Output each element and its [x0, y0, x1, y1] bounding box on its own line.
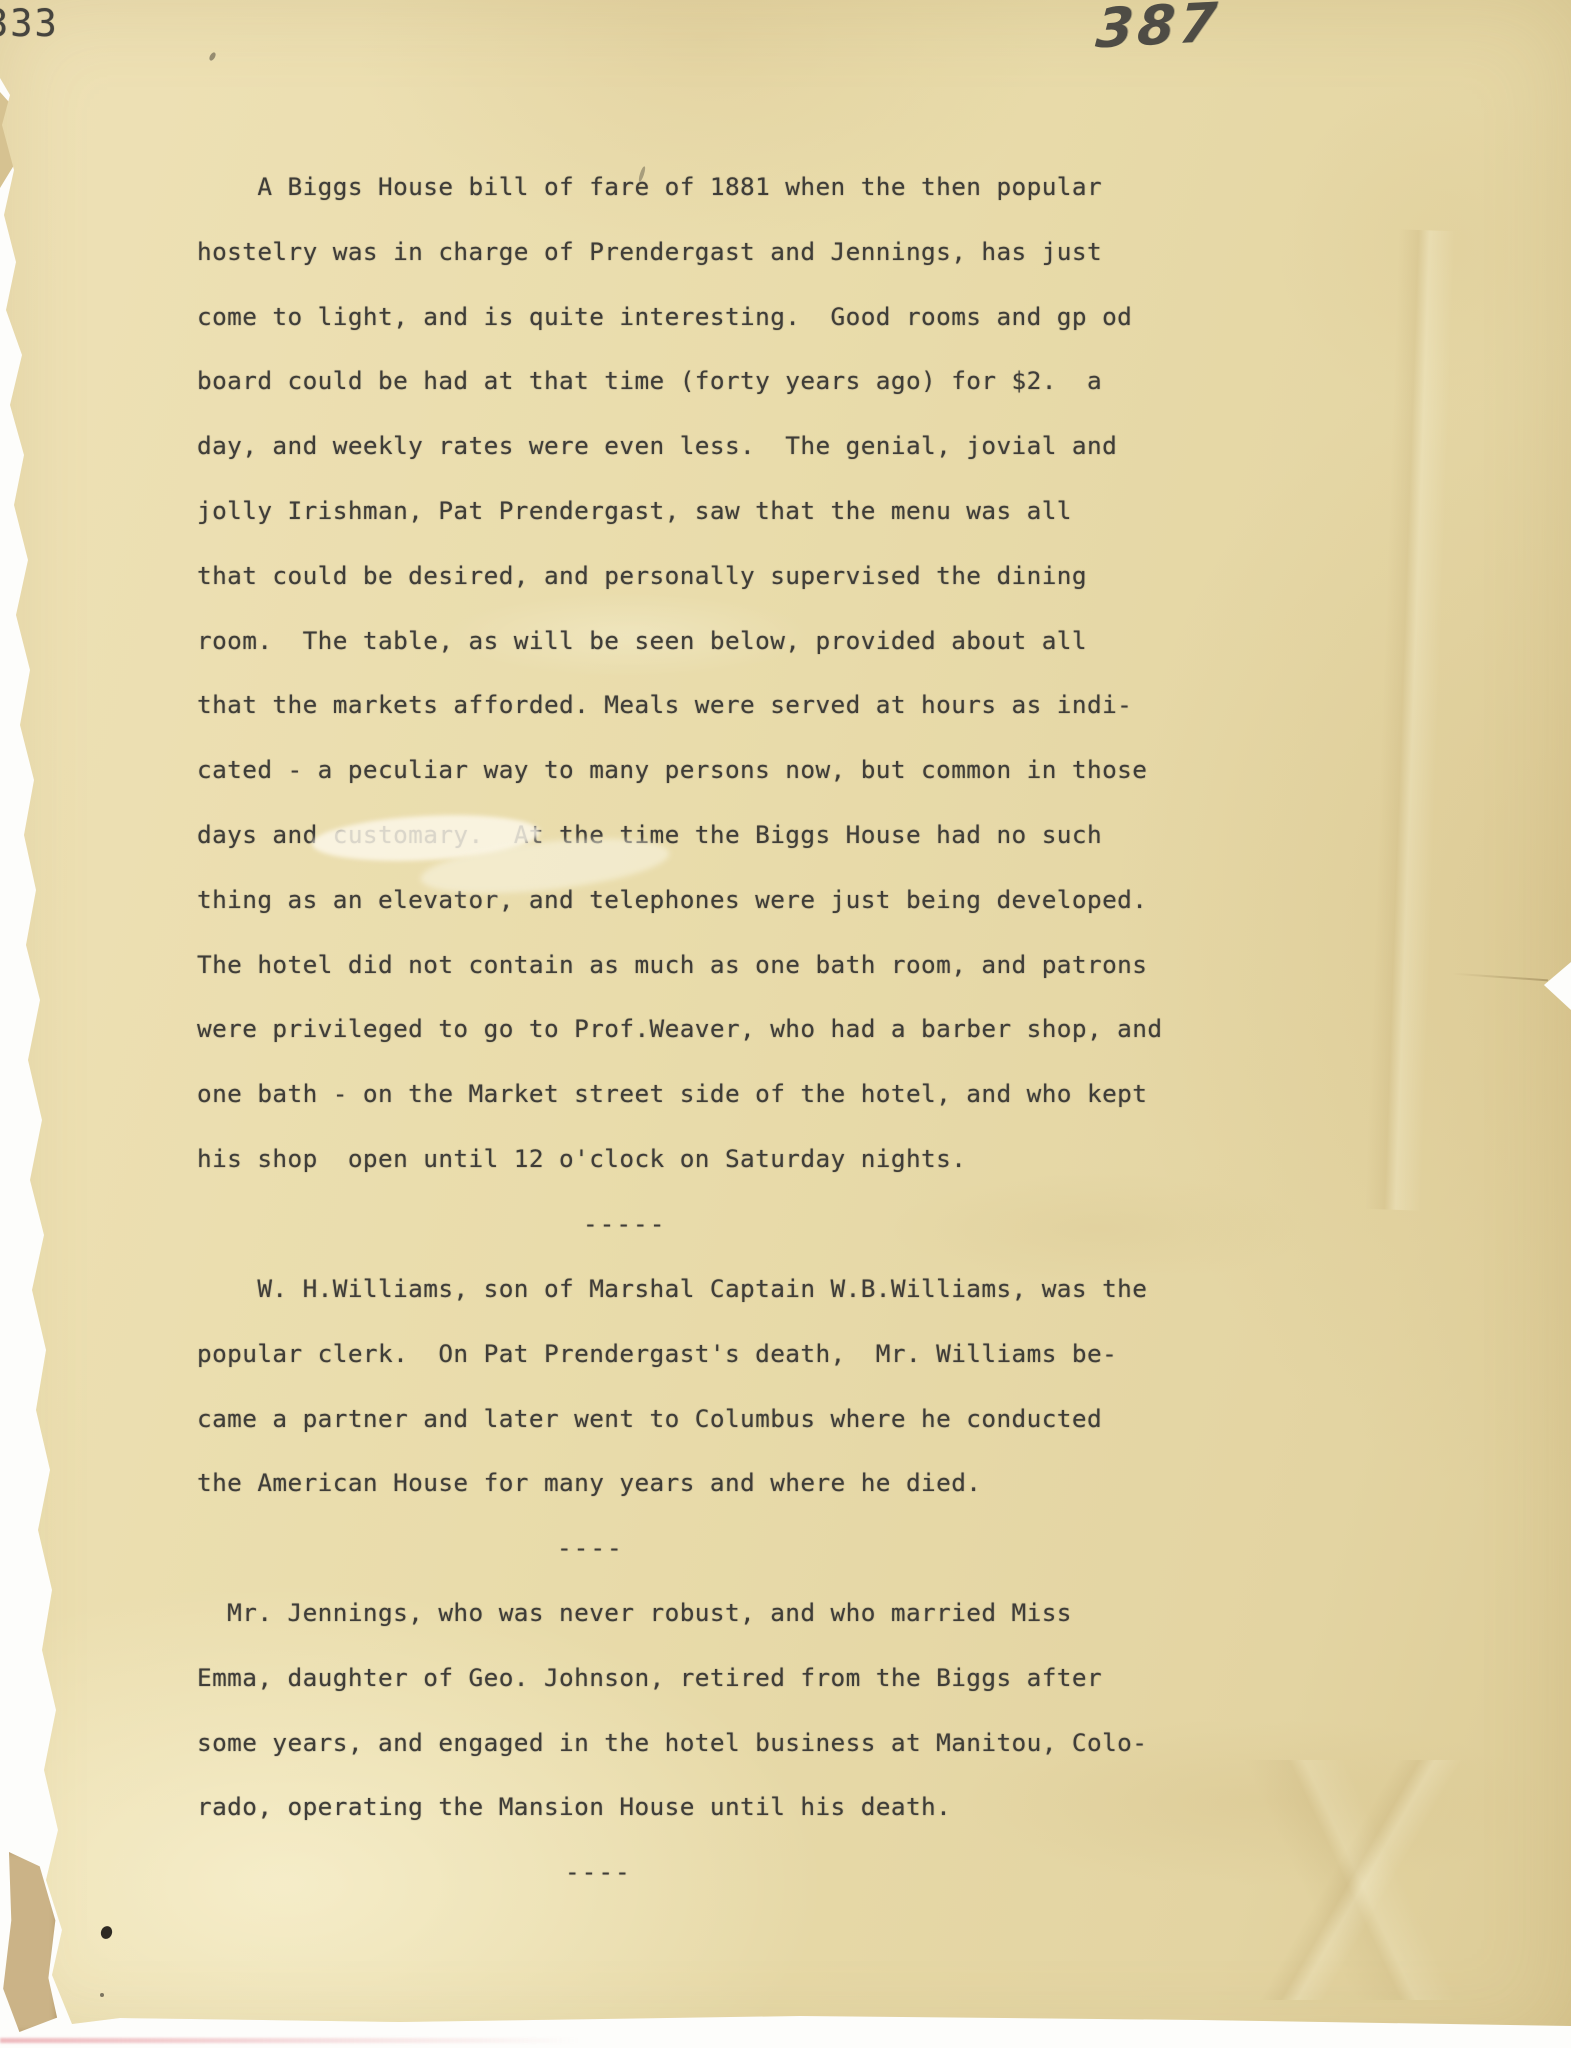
typed-page-number: 333 [0, 2, 59, 45]
ink-speck [100, 1993, 104, 1997]
ink-speck [99, 1925, 114, 1941]
paragraph-williams: W. H.Williams, son of Marshal Captain W.… [197, 1257, 1147, 1516]
paragraph-jennings: Mr. Jennings, who was never robust, and … [197, 1581, 1147, 1840]
handwritten-page-number: 387 [1094, 0, 1223, 60]
underlying-page-edge [0, 2038, 580, 2043]
section-separator-1: ----- [583, 1192, 666, 1257]
section-separator-2: ---- [557, 1516, 624, 1581]
section-separator-3: ---- [565, 1840, 632, 1905]
paper-crease-bottom-right [1150, 1760, 1550, 2000]
ink-speck [208, 51, 217, 61]
paper-crease-right [1365, 229, 1455, 1210]
paragraph-biggs-house-bill-of-fare: A Biggs House bill of fare of 1881 when … [197, 155, 1162, 1192]
paper-sheet: 333 387 A Biggs House bill of fare of 18… [0, 0, 1571, 2048]
scanned-document-page: 333 387 A Biggs House bill of fare of 18… [0, 0, 1571, 2048]
